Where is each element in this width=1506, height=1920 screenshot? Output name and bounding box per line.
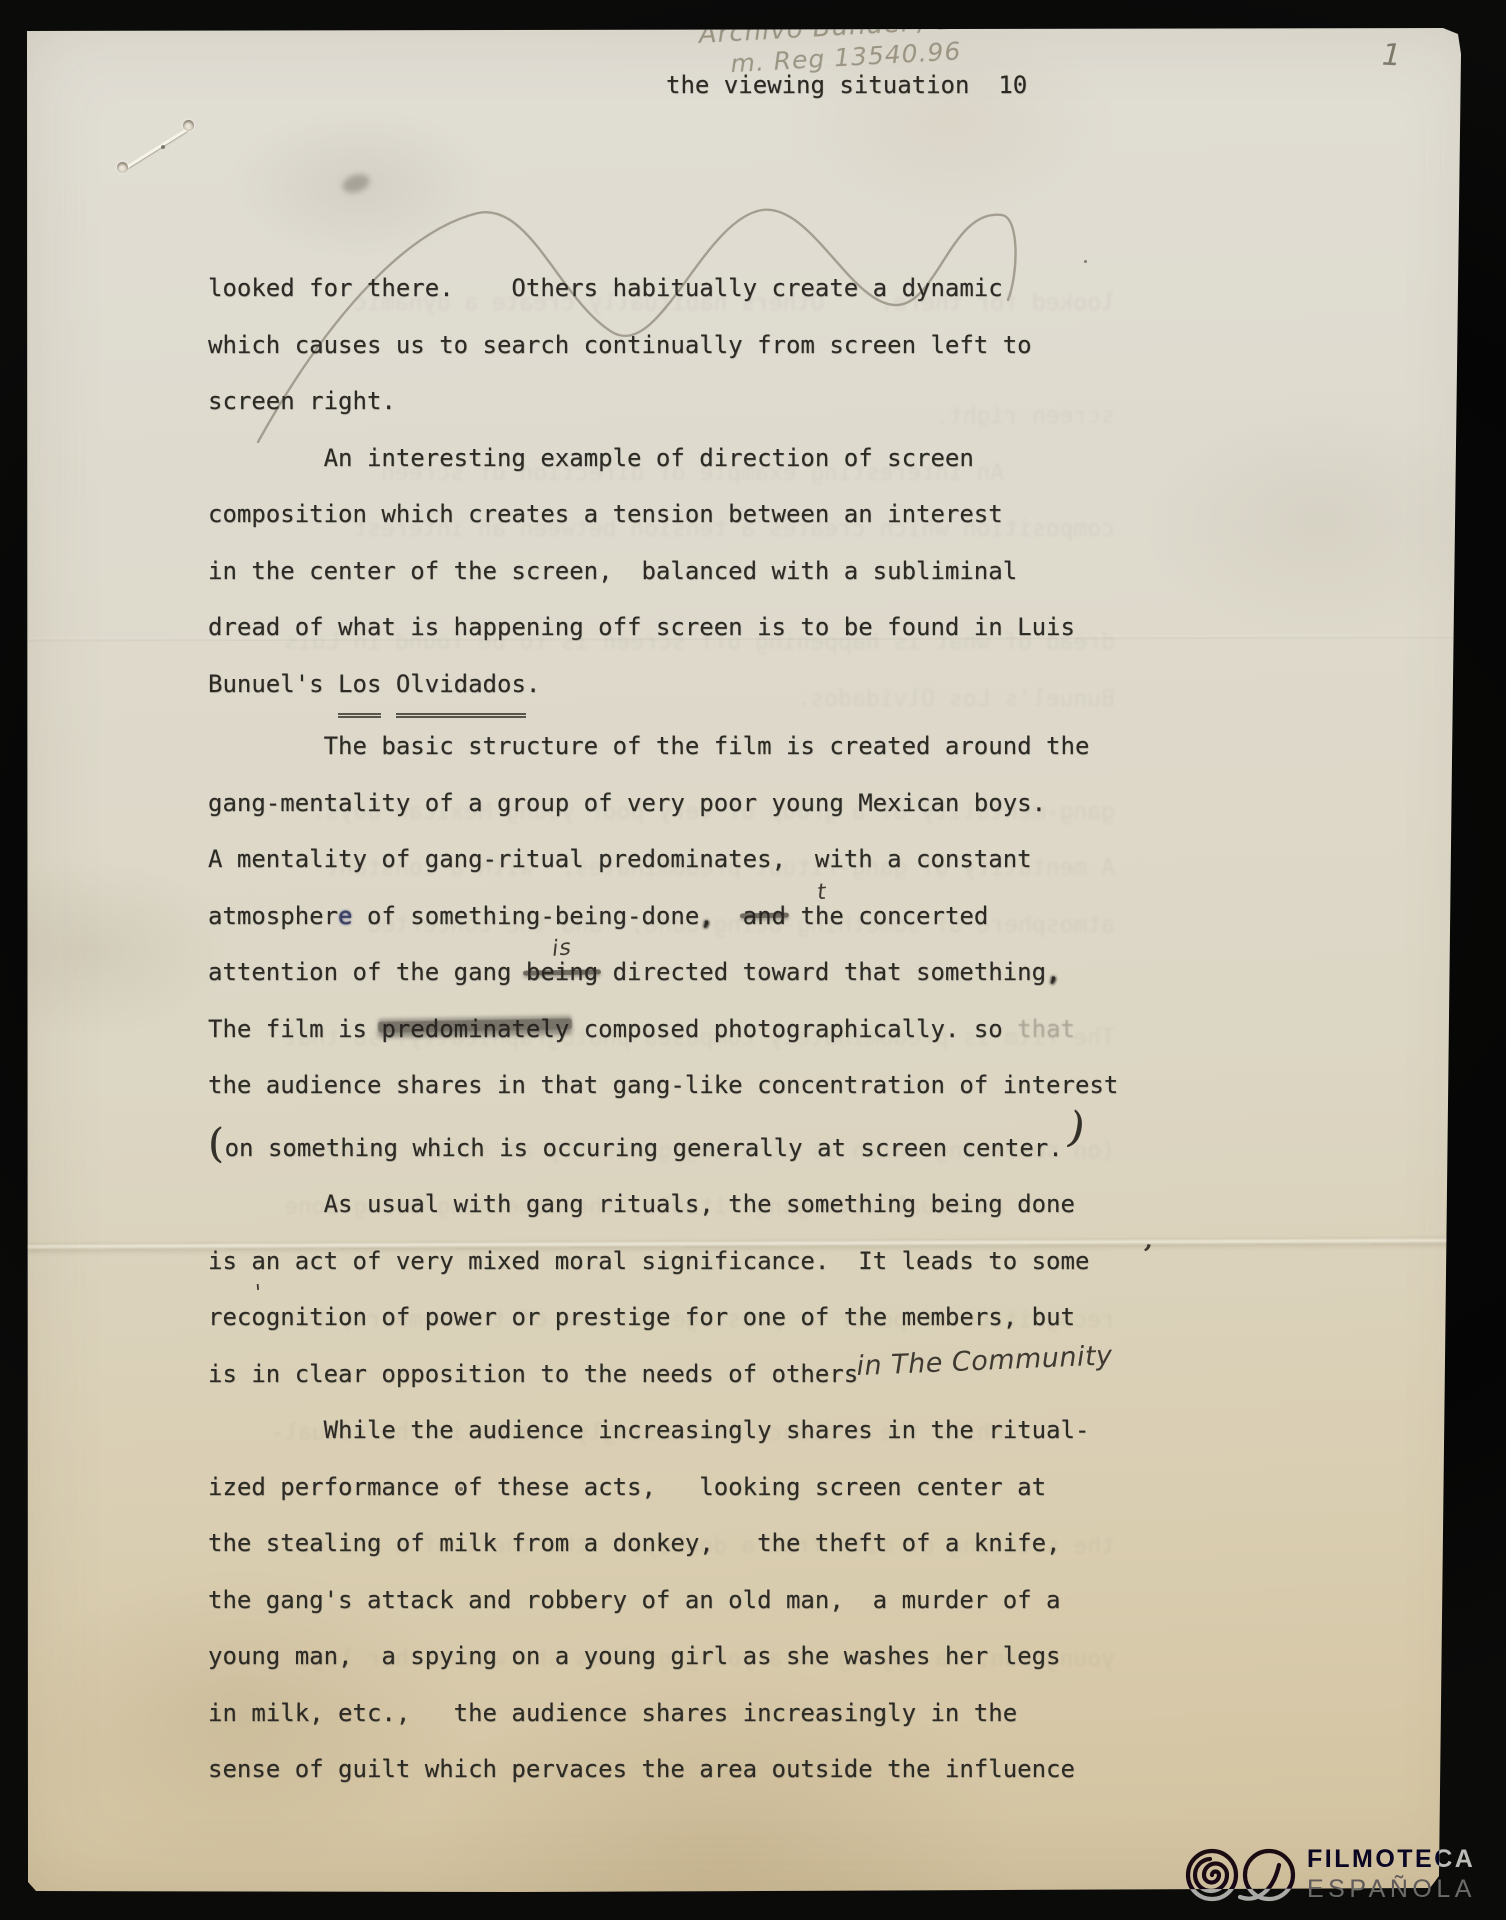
archive-annotation: Archivo Buñuel / 2054.8 m. Reg 13540.96 [698,1,1037,80]
typed-segment-inkfix: e [338,888,352,945]
typed-text: looked for there. Others habitually crea… [208,260,1118,1798]
typed-line: While the audience increasingly shares i… [208,1402,1118,1459]
staple-hole [183,120,194,131]
typed-segment: A mentality of gang-ritual predominates,… [208,831,1032,888]
manuscript-paper-sheet: looked for there. Others habitually crea… [0,0,1506,1920]
typed-segment [381,656,395,713]
typed-line: dread of what is happening off screen is… [208,599,1118,656]
typed-segment-underline: Olvidados [396,656,526,719]
typed-segment: in milk, etc., the audience shares incre… [208,1685,1017,1742]
typed-segment-faint: that [1017,1001,1075,1058]
pencil-smudge [340,171,372,196]
typed-line: gang-mentality of a group of very poor y… [208,775,1118,832]
typed-line: sense of guilt which pervaces the area o… [208,1741,1118,1798]
typed-line: is an act of very mixed moral significan… [208,1233,1118,1290]
typed-segment: o' [251,1289,265,1346]
typed-segment-strike-heavy: predominately [381,1001,569,1058]
filmoteca-logo-icon [1183,1842,1299,1906]
typed-segment: . [526,656,540,713]
typed-segment: The film is [208,1001,381,1058]
typed-segment: concerted [844,888,989,945]
watermark-subtitle: ESPAÑOLA [1307,1875,1476,1904]
typed-segment: the stealing of milk from a donkey, the … [208,1515,1061,1572]
typed-segment: in the center of the screen, balanced wi… [208,543,1017,600]
typed-segment [714,888,743,945]
typed-line: in the center of the screen, balanced wi… [208,543,1118,600]
typed-segment: atmospher [208,888,338,945]
typed-line: composition which creates a tension betw… [208,486,1118,543]
typed-segment: directed toward that something [598,944,1046,1001]
typed-segment: The basic structure of the film is creat… [208,718,1089,775]
typed-line: the audience shares in that gang-like co… [208,1057,1118,1114]
typed-segment-hand: in The Community [856,1328,1114,1395]
typed-segment-strike: and [743,888,786,945]
typed-segment-underline: Los [338,656,381,719]
typed-segment [786,888,800,945]
watermark-title: FILMOTECA [1307,1845,1476,1874]
staple-scratch [122,128,188,171]
typed-segment: thet [800,888,843,945]
typed-line: is in clear opposition to the needs of o… [208,1346,1118,1403]
typed-segment-smudge: , [1046,944,1060,1001]
typed-segment: ized performance of these acts, looking … [208,1459,1046,1516]
typed-segment: composed photographically. so [569,1001,1017,1058]
typed-segment: screen right. [208,373,396,430]
typed-segment: is in clear opposition to the needs of o… [208,1346,858,1403]
typed-segment: dread of what is happening off screen is… [208,599,1075,656]
typed-segment: the audience shares in that gang-like co… [208,1057,1118,1114]
typed-segment: While the audience increasingly shares i… [208,1402,1089,1459]
typed-segment: is an act of very mixed moral significan… [208,1233,1089,1290]
typed-line: The basic structure of the film is creat… [208,718,1118,775]
typed-line: The film is predominately composed photo… [208,1001,1118,1058]
typed-segment: the gang's attack and robbery of an old … [208,1572,1061,1629]
typed-line: the gang's attack and robbery of an old … [208,1572,1118,1629]
typed-segment: which causes us to search continually fr… [208,317,1032,374]
typed-segment-hand-paren: ( [208,1116,224,1173]
typed-segment: An interesting example of direction of s… [208,430,974,487]
typed-line: screen right. [208,373,1118,430]
typed-segment: rec [208,1289,251,1346]
handwritten-page-mark: 1 [1381,38,1402,74]
typed-line: looked for there. Others habitually crea… [208,260,1118,317]
typed-segment: attention of the gang [208,944,526,1001]
paper-speck [161,145,165,149]
typed-segment: of something-being-done [353,888,700,945]
typed-line: the stealing of milk from a donkey, the … [208,1515,1118,1572]
typed-segment: gang-mentality of a group of very poor y… [208,775,1046,832]
typed-segment-strike: beingis [526,944,598,1001]
typed-line: attention of the gang beingis directed t… [208,944,1118,1001]
typed-line: (on something which is occuring generall… [208,1114,1118,1177]
typed-segment: young man, a spying on a young girl as s… [208,1628,1061,1685]
typed-line: As usual with gang rituals, the somethin… [208,1176,1118,1233]
page-header: the viewing situation 10 [666,71,1027,99]
typed-segment: As usual with gang rituals, the somethin… [208,1176,1075,1233]
typed-segment: sense of guilt which pervaces the area o… [208,1741,1075,1798]
typed-segment: on something which is occuring generally… [225,1120,1063,1177]
typed-segment: composition which creates a tension betw… [208,486,1003,543]
typed-line: A mentality of gang-ritual predominates,… [208,831,1118,888]
typed-segment: Bunuel's [208,656,338,713]
typed-line: which causes us to search continually fr… [208,317,1118,374]
typed-line: atmosphere of something-being-done, and … [208,888,1118,945]
scanned-document-page: { "document": { "archive_annotation": ["… [0,0,1506,1920]
typed-line: young man, a spying on a young girl as s… [208,1628,1118,1685]
typed-line: An interesting example of direction of s… [208,430,1118,487]
typed-line: in milk, etc., the audience shares incre… [208,1685,1118,1742]
typed-line: ized performance of these acts, looking … [208,1459,1118,1516]
typed-segment-smudge: , [699,888,713,945]
watermark: FILMOTECA ESPAÑOLA [1183,1842,1476,1906]
staple-hole [117,162,128,173]
typed-line: Bunuel's Los Olvidados. [208,656,1118,719]
typed-segment: looked for there. Others habitually crea… [208,260,1003,317]
